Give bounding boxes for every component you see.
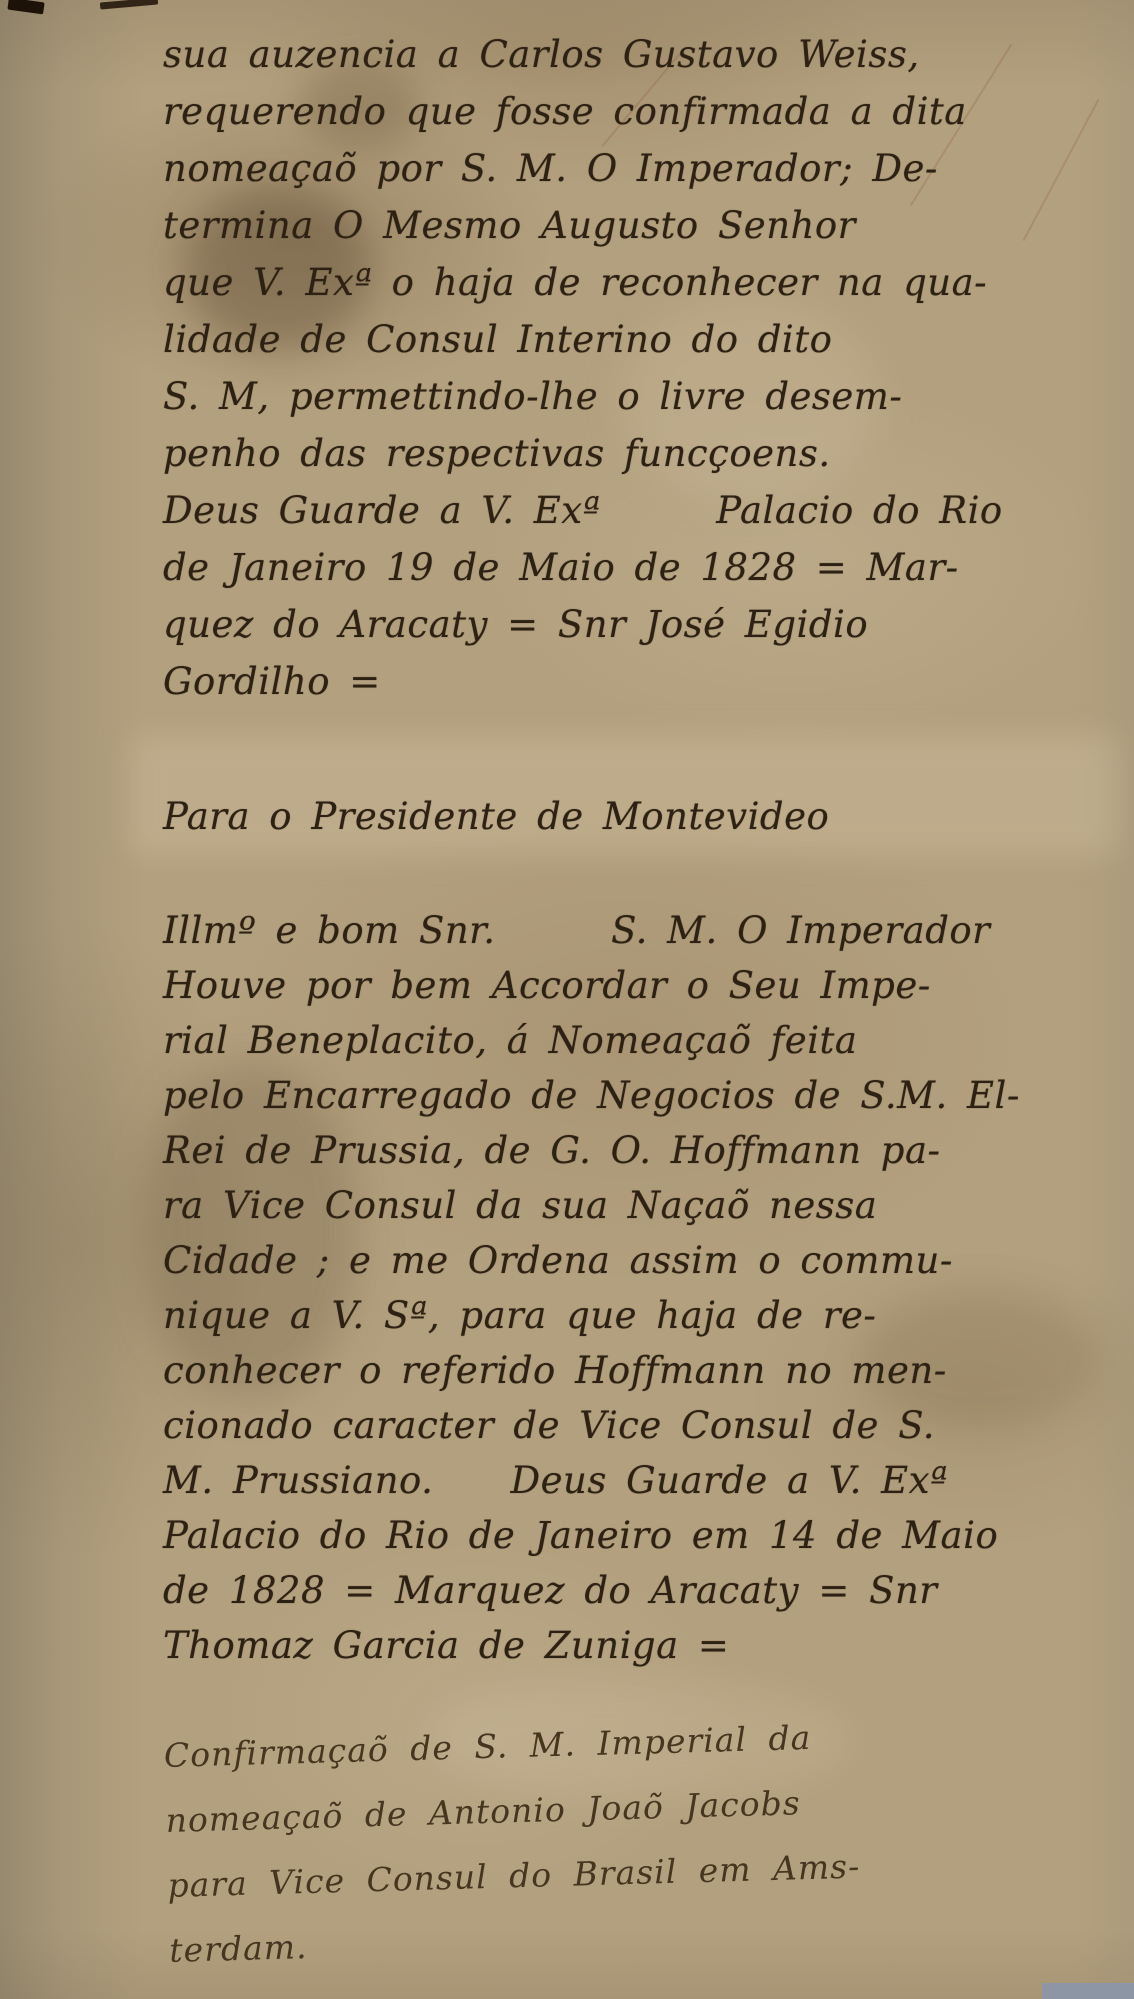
manuscript-line: termina O Mesmo Augusto Senhor (163, 197, 1094, 254)
manuscript-line: ra Vice Consul da sua Naçaõ nessa (163, 1178, 1094, 1233)
ink-artifact (7, 0, 44, 14)
manuscript-line: Palacio do Rio de Janeiro em 14 de Maio (163, 1508, 1094, 1563)
manuscript-line: cionado caracter de Vice Consul de S. (163, 1398, 1094, 1453)
manuscript-line: Rei de Prussia, de G. O. Hoffmann pa- (163, 1123, 1094, 1178)
manuscript-line: Houve por bem Accordar o Seu Impe- (163, 958, 1094, 1013)
manuscript-line: nomeaçaõ por S. M. O Imperador; De- (163, 140, 1094, 197)
manuscript-line: M. Prussiano. Deus Guarde a V. Exª (163, 1453, 1094, 1508)
scan-background-corner (1042, 1983, 1134, 1999)
manuscript-line: penho das respectivas funcçoens. (163, 425, 1094, 482)
manuscript-page: sua auzencia a Carlos Gustavo Weiss,requ… (0, 0, 1134, 1999)
manuscript-line: pelo Encarregado de Negocios de S.M. El- (163, 1068, 1094, 1123)
manuscript-line: requerendo que fosse confirmada a dita (163, 83, 1094, 140)
manuscript-line: S. M, permettindo-lhe o livre desem- (163, 368, 1094, 425)
manuscript-line: Illmº e bom Snr. S. M. O Imperador (163, 903, 1094, 958)
manuscript-line: Deus Guarde a V. Exª Palacio do Rio (163, 482, 1094, 539)
manuscript-line: Cidade ; e me Ordena assim o commu- (163, 1233, 1094, 1288)
manuscript-line: Gordilho = (163, 653, 1094, 710)
manuscript-line: rial Beneplacito, á Nomeaçaõ feita (163, 1013, 1094, 1068)
manuscript-text: sua auzencia a Carlos Gustavo Weiss,requ… (163, 26, 1094, 1983)
manuscript-line: quez do Aracaty = Snr José Egidio (163, 596, 1094, 653)
manuscript-line: de 1828 = Marquez do Aracaty = Snr (163, 1563, 1094, 1618)
letter-body-weiss: sua auzencia a Carlos Gustavo Weiss,requ… (163, 26, 1094, 710)
manuscript-line: de Janeiro 19 de Maio de 1828 = Mar- (163, 539, 1094, 596)
manuscript-line: nique a V. Sª, para que haja de re- (163, 1288, 1094, 1343)
section-heading-montevideo: Para o Presidente de Montevideo (163, 788, 1094, 845)
ink-artifact (100, 0, 158, 10)
letter-body-hoffmann: Illmº e bom Snr. S. M. O ImperadorHouve … (163, 903, 1094, 1673)
manuscript-line: sua auzencia a Carlos Gustavo Weiss, (163, 26, 1094, 83)
manuscript-line: Thomaz Garcia de Zuniga = (163, 1618, 1094, 1673)
manuscript-line: que V. Exª o haja de reconhecer na qua- (163, 254, 1094, 311)
marginal-summary-jacobs: Confirmaçaõ de S. M. Imperial danomeaçaõ… (163, 1697, 1101, 1983)
manuscript-line: lidade de Consul Interino do dito (163, 311, 1094, 368)
manuscript-line: conhecer o referido Hoffmann no men- (163, 1343, 1094, 1398)
